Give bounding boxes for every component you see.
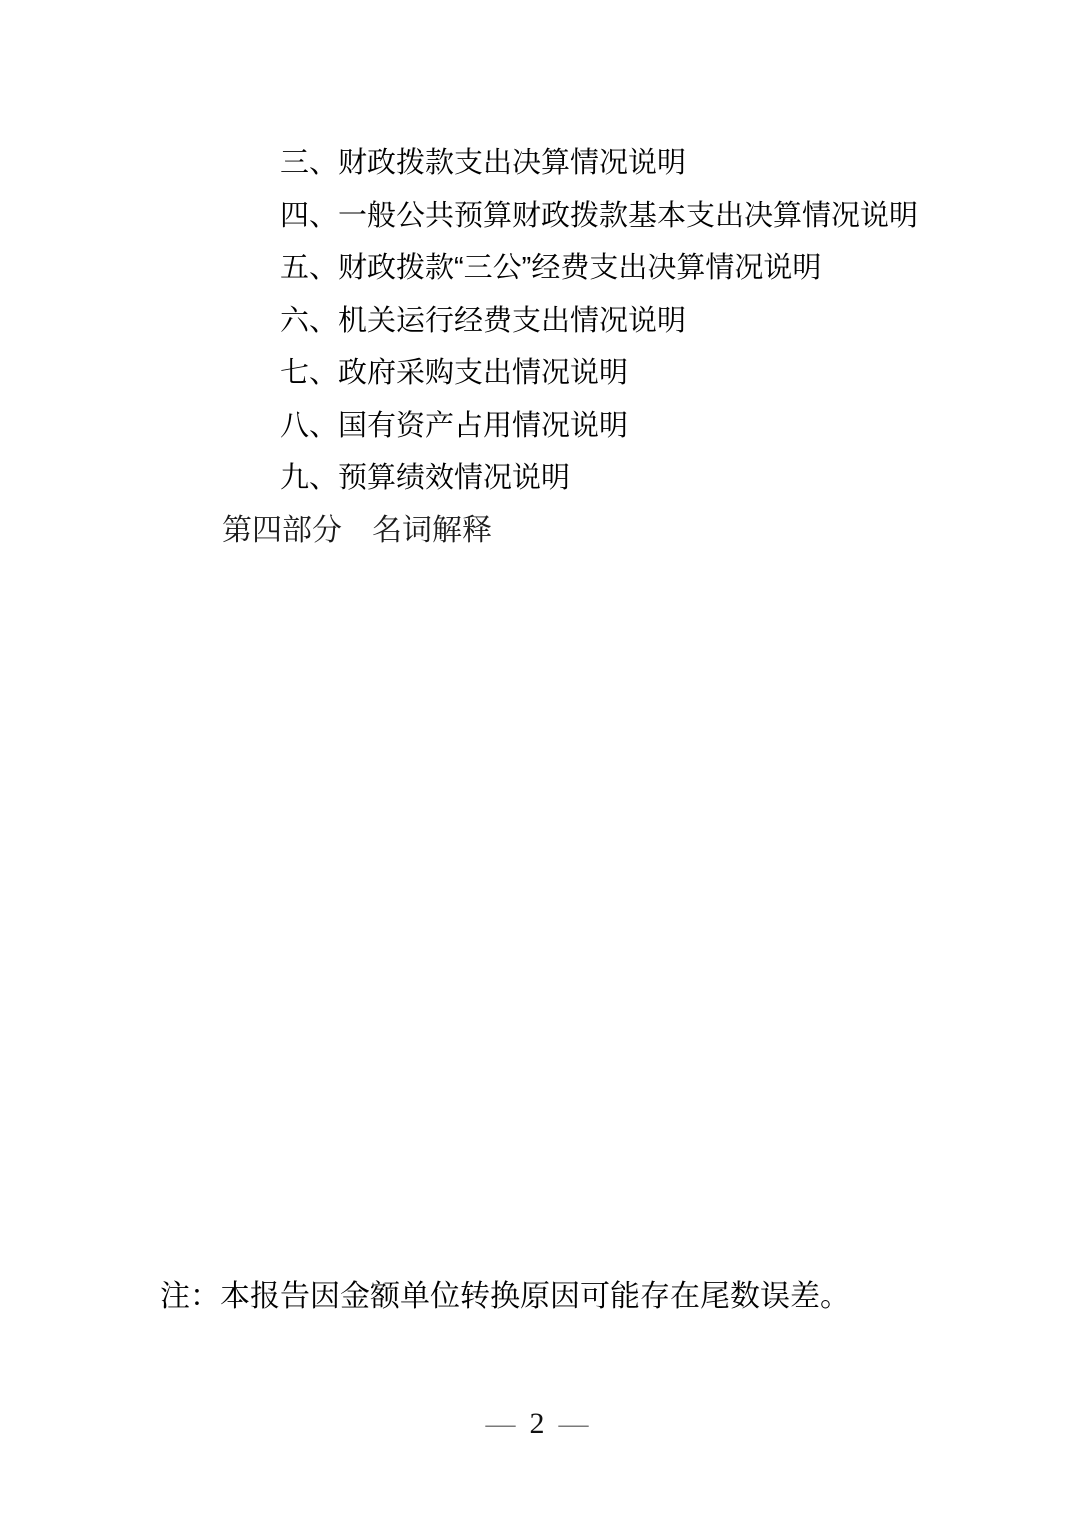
toc-item-6: 六、机关运行经费支出情况说明 bbox=[280, 295, 918, 348]
toc-item-3: 三、财政拨款支出决算情况说明 bbox=[280, 137, 918, 190]
footer-dash-left: — bbox=[486, 1407, 516, 1440]
page-footer: —2— bbox=[0, 1406, 1074, 1442]
document-page: 三、财政拨款支出决算情况说明 四、一般公共预算财政拨款基本支出决算情况说明 五、… bbox=[0, 0, 1074, 1520]
toc-item-7: 七、政府采购支出情况说明 bbox=[280, 347, 918, 400]
toc-item-5: 五、财政拨款“三公”经费支出决算情况说明 bbox=[280, 242, 918, 295]
footnote: 注：本报告因金额单位转换原因可能存在尾数误差。 bbox=[160, 1276, 850, 1318]
footer-dash-right: — bbox=[559, 1407, 589, 1440]
toc-item-9: 九、预算绩效情况说明 bbox=[280, 452, 918, 505]
page-number: 2 bbox=[530, 1407, 545, 1440]
toc-item-8: 八、国有资产占用情况说明 bbox=[280, 400, 918, 453]
toc-item-4: 四、一般公共预算财政拨款基本支出决算情况说明 bbox=[280, 190, 918, 243]
table-of-contents: 三、财政拨款支出决算情况说明 四、一般公共预算财政拨款基本支出决算情况说明 五、… bbox=[280, 137, 918, 557]
part-four-heading: 第四部分 名词解释 bbox=[222, 505, 918, 558]
